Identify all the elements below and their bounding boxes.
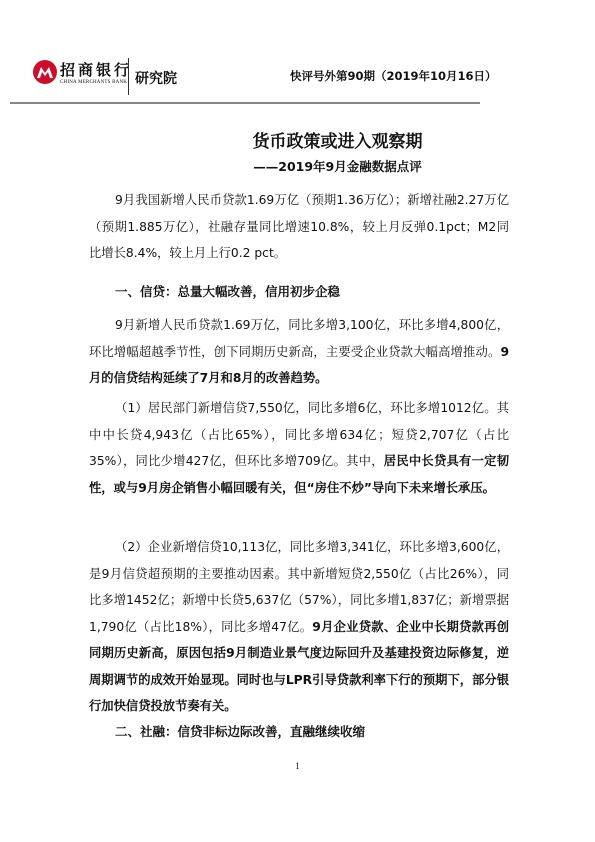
credit-text: 9月新增人民币贷款1.69万亿，同比多增3,100亿，环比多增4,800亿，环比… (89, 318, 509, 359)
report-subtitle: ——2019年9月金融数据点评 (0, 157, 595, 175)
institute-name: 研究院 (135, 68, 177, 88)
issue-info: 快评号外第90期（2019年10月16日） (290, 68, 497, 84)
page-number: 1 (0, 761, 595, 771)
header-divider (128, 58, 129, 95)
report-header: 招商银行 CHINA MERCHANTS BANK 研究院 快评号外第90期（2… (0, 0, 595, 110)
section-heading-credit: 一、信贷：总量大幅改善，信用初步企稳 (115, 282, 340, 300)
section-heading-social-financing: 二、社融：信贷非标边际改善，直融继续收缩 (115, 722, 365, 740)
bank-name-cn: 招商银行 (60, 59, 132, 80)
m-mark-icon (37, 66, 53, 78)
summary-paragraph: 9月我国新增人民币贷款1.69万亿（预期1.36万亿）；新增社融2.27万亿（预… (89, 187, 509, 267)
household-paragraph: （1）居民部门新增信贷7,550亿，同比多增6亿，环比多增1012亿。其中中长贷… (89, 395, 509, 501)
report-title: 货币政策或进入观察期 (0, 127, 595, 152)
bank-name-en: CHINA MERCHANTS BANK (60, 80, 127, 85)
header-rule (10, 102, 480, 104)
corporate-paragraph: （2）企业新增信贷10,113亿，同比多增3,341亿，环比多增3,600亿，是… (89, 534, 509, 720)
cmb-logo-icon (33, 60, 57, 84)
credit-paragraph: 9月新增人民币贷款1.69万亿，同比多增3,100亿，环比多增4,800亿，环比… (89, 312, 509, 392)
